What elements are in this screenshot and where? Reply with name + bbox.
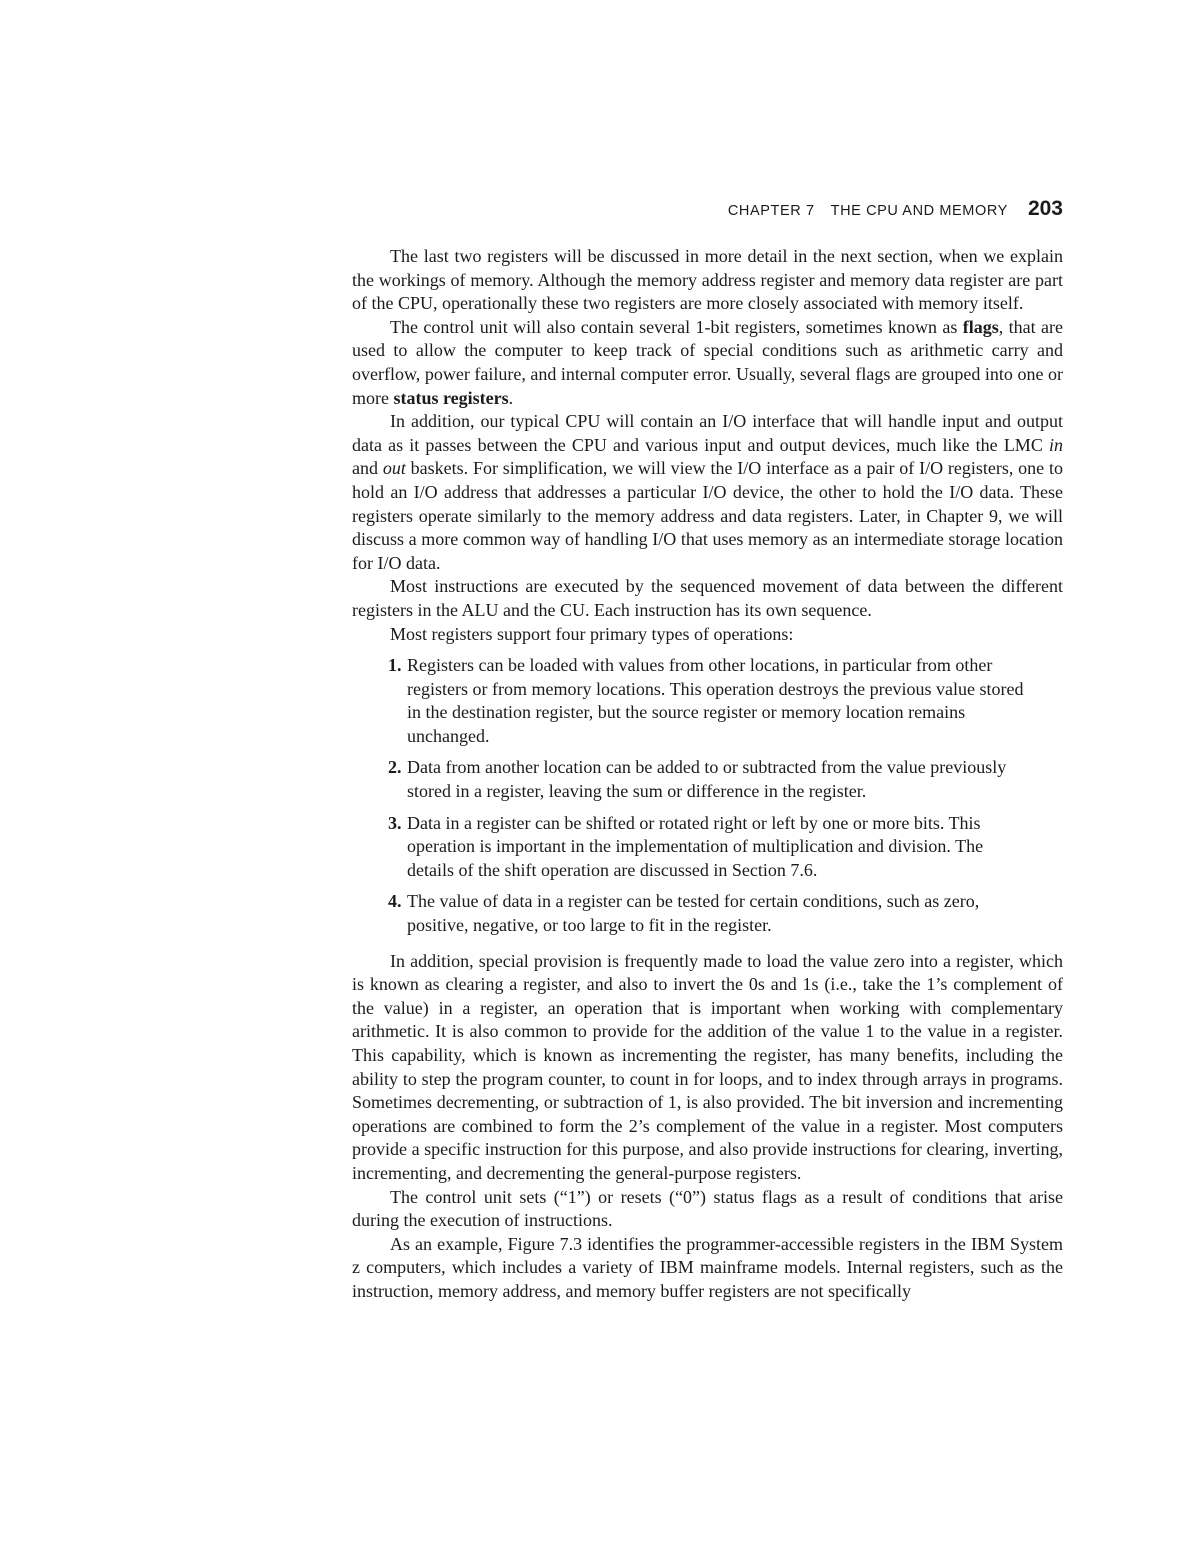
body-paragraph: In addition, special provision is freque… — [352, 950, 1063, 1186]
list-item-text: Data from another location can be added … — [407, 756, 1027, 803]
page-body: The last two registers will be discussed… — [352, 245, 1063, 1304]
list-item: 4.The value of data in a register can be… — [388, 890, 1063, 937]
numbered-list: 1.Registers can be loaded with values fr… — [388, 654, 1063, 938]
chapter-label: CHAPTER 7 — [728, 203, 815, 219]
page-number: 203 — [1028, 197, 1063, 221]
text-run: baskets. For simplification, we will vie… — [352, 458, 1063, 572]
list-item-number: 3. — [388, 812, 407, 883]
list-item-number: 2. — [388, 756, 407, 803]
text-run: flags — [963, 317, 999, 337]
text-run: The value of data in a register can be t… — [407, 891, 979, 935]
list-item-text: Data in a register can be shifted or rot… — [407, 812, 1027, 883]
running-header: CHAPTER 7 THE CPU AND MEMORY 203 — [352, 197, 1063, 221]
list-item-text: The value of data in a register can be t… — [407, 890, 1027, 937]
text-run: The control unit sets (“1”) or resets (“… — [352, 1187, 1063, 1231]
list-item: 1.Registers can be loaded with values fr… — [388, 654, 1063, 748]
list-item-number: 4. — [388, 890, 407, 937]
text-run: status registers — [393, 388, 508, 408]
page-content: CHAPTER 7 THE CPU AND MEMORY 203 The las… — [352, 197, 1063, 1304]
text-run: The last two registers will be discussed… — [352, 246, 1063, 313]
body-paragraph: In addition, our typical CPU will contai… — [352, 410, 1063, 575]
chapter-title: THE CPU AND MEMORY — [831, 203, 1008, 219]
text-run: in — [1049, 435, 1063, 455]
body-paragraph: As an example, Figure 7.3 identifies the… — [352, 1233, 1063, 1304]
text-run: and — [352, 458, 383, 478]
text-run: In addition, special provision is freque… — [352, 951, 1063, 1183]
body-paragraph: Most instructions are executed by the se… — [352, 575, 1063, 622]
text-run: Registers can be loaded with values from… — [407, 655, 1024, 746]
list-item-number: 1. — [388, 654, 407, 748]
book-page: CHAPTER 7 THE CPU AND MEMORY 203 The las… — [0, 0, 1200, 1553]
list-item: 2.Data from another location can be adde… — [388, 756, 1063, 803]
text-run: Most registers support four primary type… — [390, 624, 793, 644]
text-run: The control unit will also contain sever… — [390, 317, 963, 337]
text-run: Most instructions are executed by the se… — [352, 576, 1063, 620]
body-paragraph: The control unit will also contain sever… — [352, 316, 1063, 410]
body-paragraph: Most registers support four primary type… — [352, 623, 1063, 647]
text-run: Data from another location can be added … — [407, 757, 1006, 801]
text-run: As an example, Figure 7.3 identifies the… — [352, 1234, 1063, 1301]
text-run: Data in a register can be shifted or rot… — [407, 813, 983, 880]
text-run: out — [383, 458, 406, 478]
body-paragraph: The last two registers will be discussed… — [352, 245, 1063, 316]
list-item: 3.Data in a register can be shifted or r… — [388, 812, 1063, 883]
text-run: . — [509, 388, 514, 408]
text-run: In addition, our typical CPU will contai… — [352, 411, 1063, 455]
body-paragraph: The control unit sets (“1”) or resets (“… — [352, 1186, 1063, 1233]
list-item-text: Registers can be loaded with values from… — [407, 654, 1027, 748]
